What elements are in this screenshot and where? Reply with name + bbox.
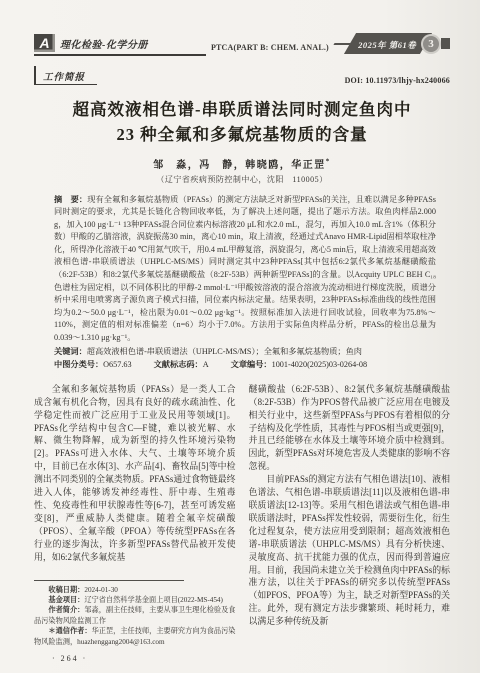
keywords-text: 超高效液相色谱-串联质谱法（UHPLC-MS/MS）；全氟和多氟烷基物质；鱼肉 (87, 347, 362, 356)
footnote-author-bio: 作者简介：邹淼，副主任技师，主要从事卫生理化检验及食品污染物风险监测工作 (34, 605, 236, 626)
abstract-label: 摘 要： (54, 195, 87, 204)
document-code-label: 文献标志码： (154, 360, 203, 369)
author-names: 邹 淼，冯 静，韩晓鸥，华正罡 (153, 160, 326, 171)
issue-number-badge: 3 (423, 36, 439, 52)
footnote-corresponding-author-label: ＊通信作者： (48, 627, 91, 635)
clc-number-label: 中图分类号： (54, 360, 103, 369)
article-number-label: 文章编号： (231, 360, 272, 369)
article-number-value: 1001-4020(2025)03-0264-08 (272, 360, 368, 369)
footnote-funding-text: 辽宁省自然科学基金面上项目(2022-MS-454) (84, 596, 223, 604)
journal-brand: A 理化检验-化学分册 (34, 34, 206, 56)
page-number: · 264 · (52, 654, 450, 663)
body-paragraph-methods: 目前PFASs的测定方法有气相色谱法[10]、液相色谱法、气相色谱-串联质谱法[… (249, 473, 451, 628)
column-tag: 工作简报 (34, 66, 97, 85)
article-title: 超高效液相色谱-串联质谱法同时测定鱼肉中23 种全氟和多氟烷基物质的含量 (34, 98, 450, 148)
journal-name-en: PTCA(PART B: CHEM. ANAL.) (211, 43, 329, 56)
corresponding-author-mark: * (326, 157, 331, 165)
journal-page: A 理化检验-化学分册 PTCA(PART B: CHEM. ANAL.) 20… (0, 0, 480, 673)
footnote-block: 收稿日期：2024-01-30 基金项目：辽宁省自然科学基金面上项目(2022-… (34, 577, 236, 647)
author-line: 邹 淼，冯 静，韩晓鸥，华正罡* (34, 156, 450, 171)
right-column: 醚磺酸盐（6:2F-53B）、8:2氯代多氟烷基醚磺酸盐（8:2F-53B）作为… (249, 383, 451, 647)
title-line-2: 23 种全氟和多氟烷基物质的含量 (116, 125, 367, 144)
footnote-received-date-label: 收稿日期： (48, 586, 84, 594)
meta-row: 工作简报 DOI: 10.11973/lhjy-hx240066 (34, 67, 450, 85)
footnote-received-date-text: 2024-01-30 (84, 586, 118, 594)
clc-number: 中图分类号：O657.63 (54, 359, 132, 372)
keywords-label: 关键词： (54, 347, 87, 356)
band-end-block (441, 38, 450, 49)
abstract-text: 现有全氟和多氟烷基物质（PFASs）的测定方法缺乏对新型PFASs的关注，且难以… (54, 195, 436, 343)
affiliation: （辽宁省疾病预防控制中心，沈阳 110005） (34, 174, 450, 185)
issue-band: 2025年 第61卷 3 (334, 33, 450, 56)
journal-name-cn: 理化检验-化学分册 (60, 36, 148, 51)
body-paragraph-intro: 全氟和多氟烷基物质（PFASs）是一类人工合成含氟有机化合物，因具有良好的疏水疏… (34, 383, 236, 564)
article-number: 文章编号：1001-4020(2025)03-0264-08 (231, 359, 367, 372)
document-code: 文献标志码：A (154, 359, 209, 372)
footnote-funding: 基金项目：辽宁省自然科学基金面上项目(2022-MS-454) (34, 595, 236, 605)
left-column: 全氟和多氟烷基物质（PFASs）是一类人工合成含氟有机化合物，因具有良好的疏水疏… (34, 383, 236, 647)
issue-year-volume-text: 2025年 第61卷 (358, 39, 416, 51)
abstract-block: 摘 要：现有全氟和多氟烷基物质（PFASs）的测定方法缺乏对新型PFASs的关注… (54, 194, 436, 345)
footnote-funding-label: 基金项目： (48, 596, 84, 604)
doi-text: DOI: 10.11973/lhjy-hx240066 (345, 76, 450, 85)
footnote-author-bio-label: 作者简介： (48, 606, 84, 614)
footnote-rule (34, 580, 184, 581)
classification-row: 中图分类号：O657.63 文献标志码：A 文章编号：1001-4020(202… (54, 359, 436, 372)
title-line-1: 超高效液相色谱-串联质谱法同时测定鱼肉中 (73, 100, 412, 119)
issue-year-volume-band: 2025年 第61卷 (344, 33, 432, 54)
masthead: A 理化检验-化学分册 PTCA(PART B: CHEM. ANAL.) 20… (34, 34, 450, 56)
band-tail-line (333, 43, 350, 45)
keywords-block: 关键词：超高效液相色谱-串联质谱法（UHPLC-MS/MS）；全氟和多氟烷基物质… (54, 346, 436, 359)
footnote-corresponding-author: ＊通信作者：华正罡，主任技师，主要研究方向为食品污染物风险监测，huazheng… (34, 626, 236, 647)
footnote-received-date: 收稿日期：2024-01-30 (34, 585, 236, 595)
clc-number-value: O657.63 (103, 360, 131, 369)
body-paragraph-continuation: 醚磺酸盐（6:2F-53B）、8:2氯代多氟烷基醚磺酸盐（8:2F-53B）作为… (249, 383, 451, 473)
document-code-value: A (203, 360, 209, 369)
body-columns: 全氟和多氟烷基物质（PFASs）是一类人工合成含氟有机化合物，因具有良好的疏水疏… (34, 383, 450, 647)
journal-logo-icon: A (34, 34, 55, 52)
